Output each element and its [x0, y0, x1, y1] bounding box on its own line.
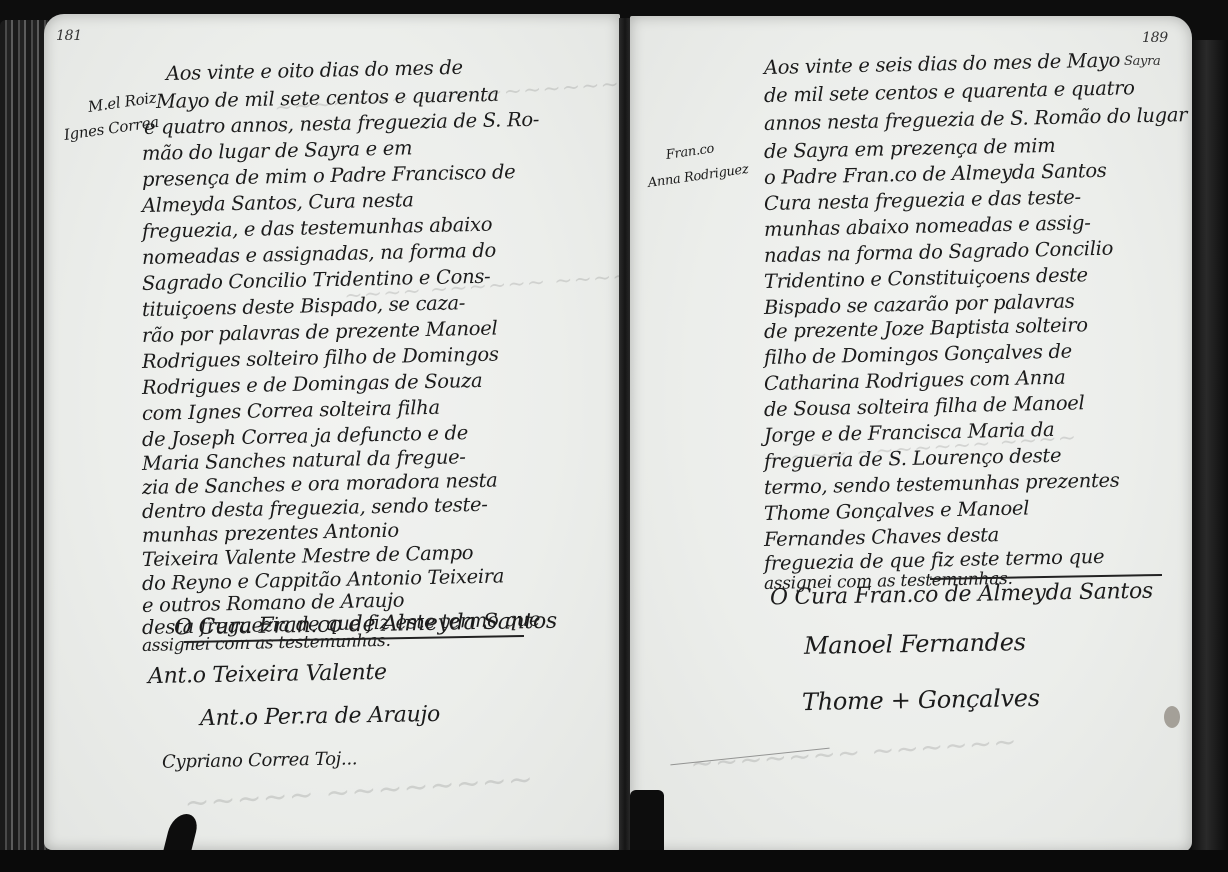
text-line: Rodrigues solteiro filho de Domingos — [142, 345, 499, 372]
text-line: freguezia, e das testemunhas abaixo — [142, 215, 493, 242]
text-line: nomeadas e assignadas, na forma do — [142, 241, 496, 268]
left-page: ~~~~~~~ ~~~ ~~~~~~~ ~~~~ ~~~~~~ ~~~~ ~~~… — [44, 14, 620, 850]
book-edge — [1192, 40, 1228, 860]
text-line: Aos vinte e seis dias do mes de Mayo — [764, 51, 1120, 78]
folio-annotation: Sayra — [1124, 54, 1160, 69]
folio-number: 181 — [56, 28, 82, 44]
text-line: Tridentino e Constituiçoens deste — [764, 265, 1088, 291]
scan-border — [0, 850, 1228, 872]
signature-witness-3: Cypriano Correa Toj... — [162, 748, 358, 772]
text-line: Fernandes Chaves desta — [764, 525, 999, 549]
text-line: de mil sete centos e quarenta e quatro — [764, 78, 1135, 105]
text-line: o Padre Fran.co de Almeyda Santos — [764, 161, 1107, 188]
text-line: mão do lugar de Sayra e em — [142, 138, 413, 163]
text-line: rão por palavras de prezente Manoel — [142, 319, 498, 346]
signature-witness-1: Manoel Fernandes — [804, 628, 1026, 660]
text-line: filho de Domingos Gonçalves de — [764, 342, 1072, 368]
margin-note-groom: M.el Roiz — [87, 88, 158, 115]
right-page: ~~~~ ~~~~~~~ ~~~~ ~~~~~~~ ~~~~~~ 189 Say… — [630, 16, 1192, 852]
text-line: Almeyda Santos, Cura nesta — [142, 190, 414, 215]
text-line: Thome Gonçalves e Manoel — [764, 498, 1030, 523]
margin-note-groom: Fran.co — [665, 141, 715, 163]
text-line: Mayo de mil sete centos e quarenta — [156, 85, 499, 112]
text-line: com Ignes Correa solteira filha — [142, 398, 440, 424]
text-line: Jorge e de Francisca Maria da — [764, 420, 1055, 446]
text-line: presença de mim o Padre Francisco de — [142, 162, 516, 189]
text-line: munhas prezentes Antonio — [142, 521, 399, 546]
text-line: termo, sendo testemunhas prezentes — [764, 471, 1120, 498]
margin-note-bride: Anna Rodriguez — [647, 162, 749, 191]
signature-witness-2: Ant.o Per.ra de Araujo — [200, 702, 440, 731]
text-line: dentro desta freguezia, sendo teste- — [142, 495, 488, 522]
text-line: Rodrigues e de Domingas de Souza — [142, 371, 483, 398]
text-line: Cura nesta freguezia e das teste- — [764, 187, 1081, 213]
text-line: tituiçoens deste Bispado, se caza- — [142, 293, 466, 319]
signature-witness-1: Ant.o Teixeira Valente — [148, 660, 387, 689]
text-line: annos nesta freguezia de S. Romão do lug… — [764, 105, 1188, 133]
microfilm-scan: ~~~~~~~ ~~~ ~~~~~~~ ~~~~ ~~~~~~ ~~~~ ~~~… — [0, 0, 1228, 872]
book-binding — [0, 20, 48, 860]
text-line: de Sousa solteira filha de Manoel — [764, 393, 1085, 419]
text-line: Catharina Rodrigues com Anna — [764, 368, 1066, 394]
text-line: de prezente Joze Baptista solteiro — [764, 315, 1088, 341]
paper-stain — [1164, 706, 1180, 728]
loose-thread — [670, 748, 829, 766]
text-line: e quatro annos, nesta freguezia de S. Ro… — [144, 110, 539, 138]
text-line: Sagrado Concilio Tridentino e Cons- — [142, 267, 491, 294]
folio-number: 189 — [1142, 30, 1168, 46]
text-line: de Sayra em prezença de mim — [764, 136, 1056, 162]
signature-priest: O Cura Fran.co de Almeyda Santos — [770, 579, 1153, 611]
text-line: Aos vinte e oito dias do mes de — [166, 58, 463, 84]
ink-bleed-through: ~~~~~~~ ~~~~~~ — [689, 725, 1018, 781]
text-line: nadas na forma do Sagrado Concilio — [764, 239, 1113, 266]
page-clip-shadow — [630, 790, 664, 852]
text-line: fregueria de S. Lourenço deste — [764, 446, 1062, 472]
signature-witness-2: Thome + Gonçalves — [802, 684, 1040, 716]
page-clip-shadow — [164, 814, 201, 850]
text-line: munhas abaixo nomeadas e assig- — [764, 213, 1091, 239]
